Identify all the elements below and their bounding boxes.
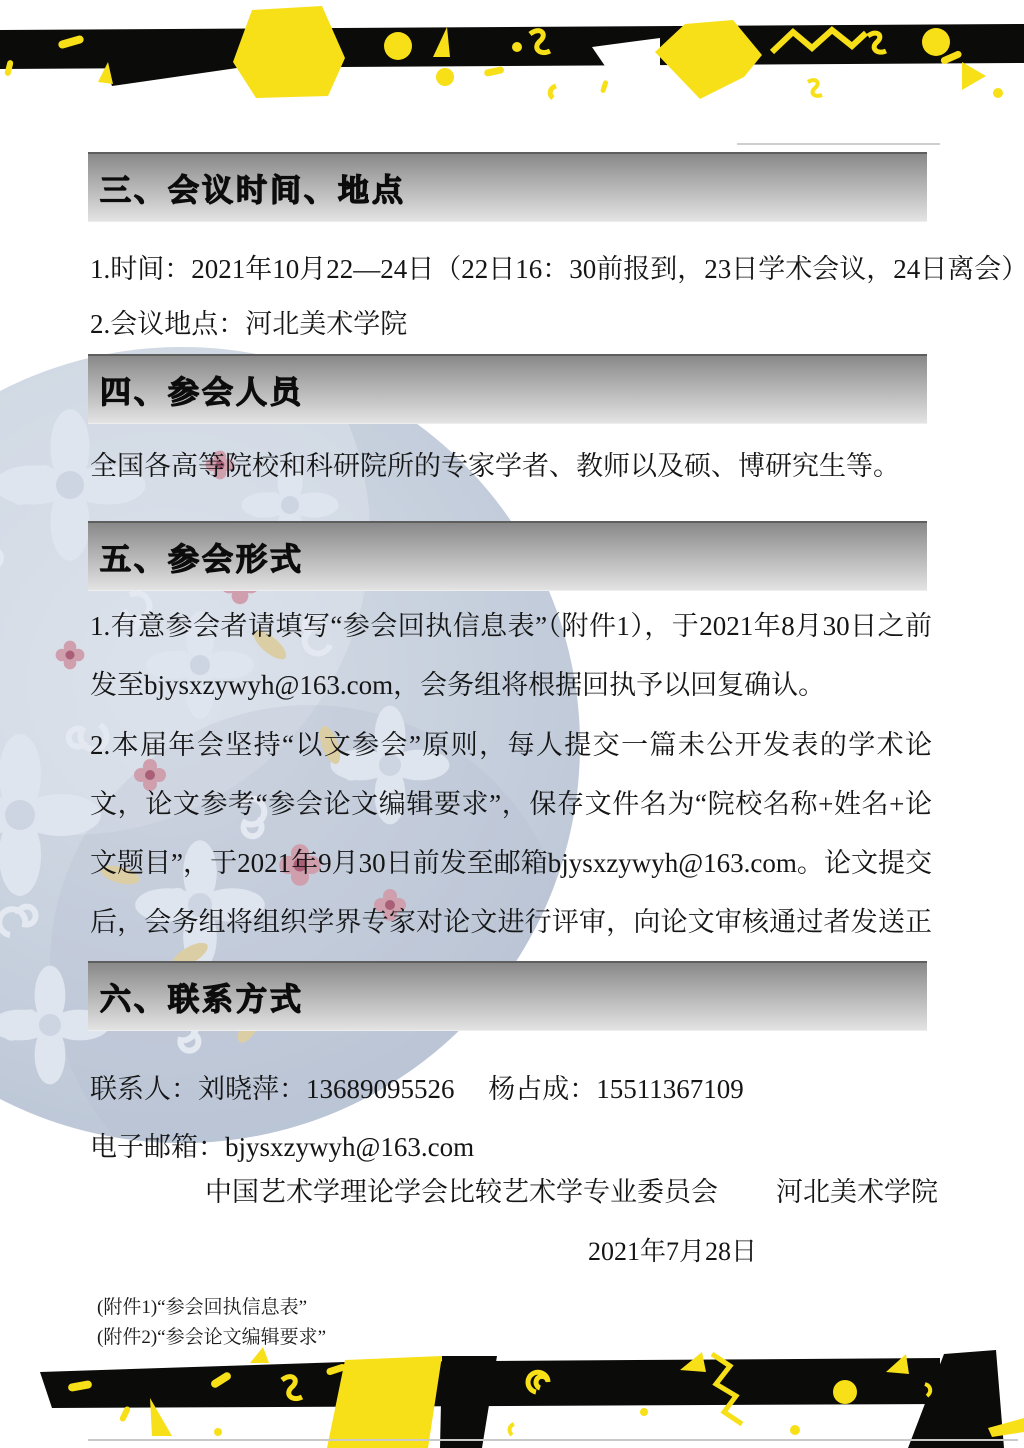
scan-artifact-line <box>737 143 940 145</box>
bottom-decorative-band <box>0 1340 1024 1448</box>
signature-date: 2021年7月28日 <box>588 1231 757 1268</box>
paragraph-participants: 全国各高等院校和科研院所的专家学者、教师以及硕、博研究生等。 <box>90 437 932 496</box>
section-heading-6: 六、联系方式 <box>88 974 304 1019</box>
section-heading-4: 四、参会人员 <box>88 367 304 412</box>
paragraph-contacts: 联系人：刘晓萍：13689095526 杨占成：15511367109 <box>90 1060 932 1119</box>
signature-line: 中国艺术学理论学会比较艺术学专业委员会 河北美术学院 <box>205 1170 905 1209</box>
paragraph-registration: 1.有意参会者请填写“参会回执信息表”（附件1），于2021年8月30日之前发至… <box>90 597 932 715</box>
paragraph-email: 电子邮箱：bjysxzywyh@163.com <box>90 1118 932 1177</box>
document-page: 三、会议时间、地点 1.时间：2021年10月22—24日（22日16：30前报… <box>0 0 1024 1448</box>
signature-organization: 中国艺术学理论学会比较艺术学专业委员会 <box>205 1170 718 1209</box>
section-heading-5: 五、参会形式 <box>88 534 304 579</box>
section-banner-3: 三、会议时间、地点 <box>88 152 927 222</box>
section-heading-3: 三、会议时间、地点 <box>88 165 406 210</box>
section-banner-5: 五、参会形式 <box>88 521 927 591</box>
signature-host: 河北美术学院 <box>776 1170 938 1209</box>
section-banner-6: 六、联系方式 <box>88 961 927 1031</box>
top-decorative-band <box>0 0 1024 130</box>
paragraph-time: 1.时间：2021年10月22—24日（22日16：30前报到，23日学术会议，… <box>90 240 932 299</box>
attachment-note-1: (附件1)“参会回执信息表” <box>97 1292 307 1319</box>
paragraph-location: 2.会议地点：河北美术学院 <box>90 295 932 354</box>
section-banner-4: 四、参会人员 <box>88 354 927 424</box>
